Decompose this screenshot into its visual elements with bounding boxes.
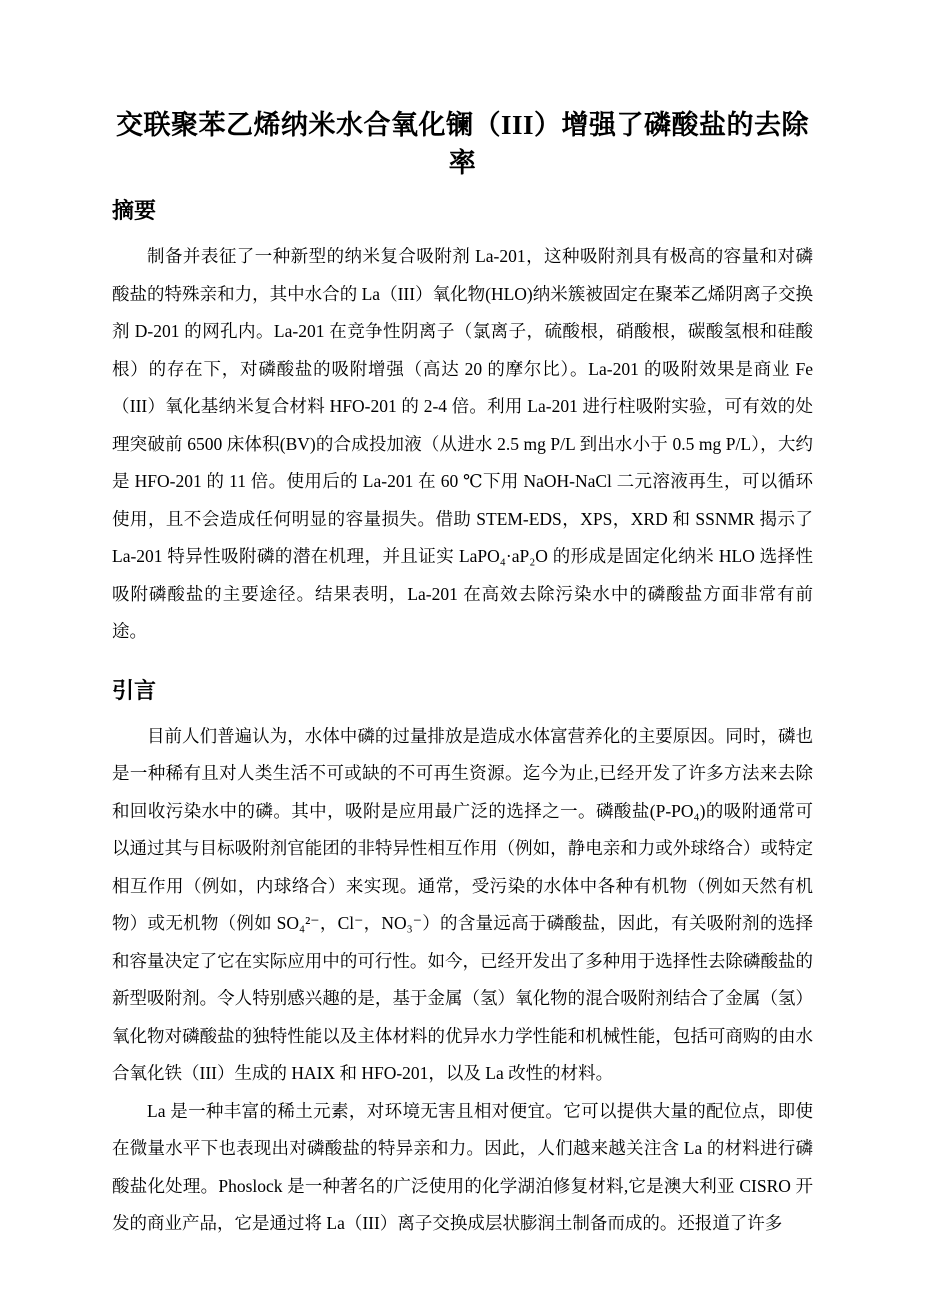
document-title: 交联聚苯乙烯纳米水合氧化镧（III）增强了磷酸盐的去除率 — [112, 106, 813, 182]
introduction-paragraph-2: La 是一种丰富的稀土元素，对环境无害且相对便宜。它可以提供大量的配位点，即使在… — [112, 1093, 813, 1243]
abstract-paragraph: 制备并表征了一种新型的纳米复合吸附剂 La-201，这种吸附剂具有极高的容量和对… — [112, 238, 813, 651]
document-page: 交联聚苯乙烯纳米水合氧化镧（III）增强了磷酸盐的去除率 摘要 制备并表征了一种… — [0, 0, 926, 1309]
section-heading-abstract: 摘要 — [112, 196, 813, 226]
introduction-paragraph-1: 目前人们普遍认为，水体中磷的过量排放是造成水体富营养化的主要原因。同时，磷也是一… — [112, 718, 813, 1093]
section-heading-introduction: 引言 — [112, 676, 813, 706]
